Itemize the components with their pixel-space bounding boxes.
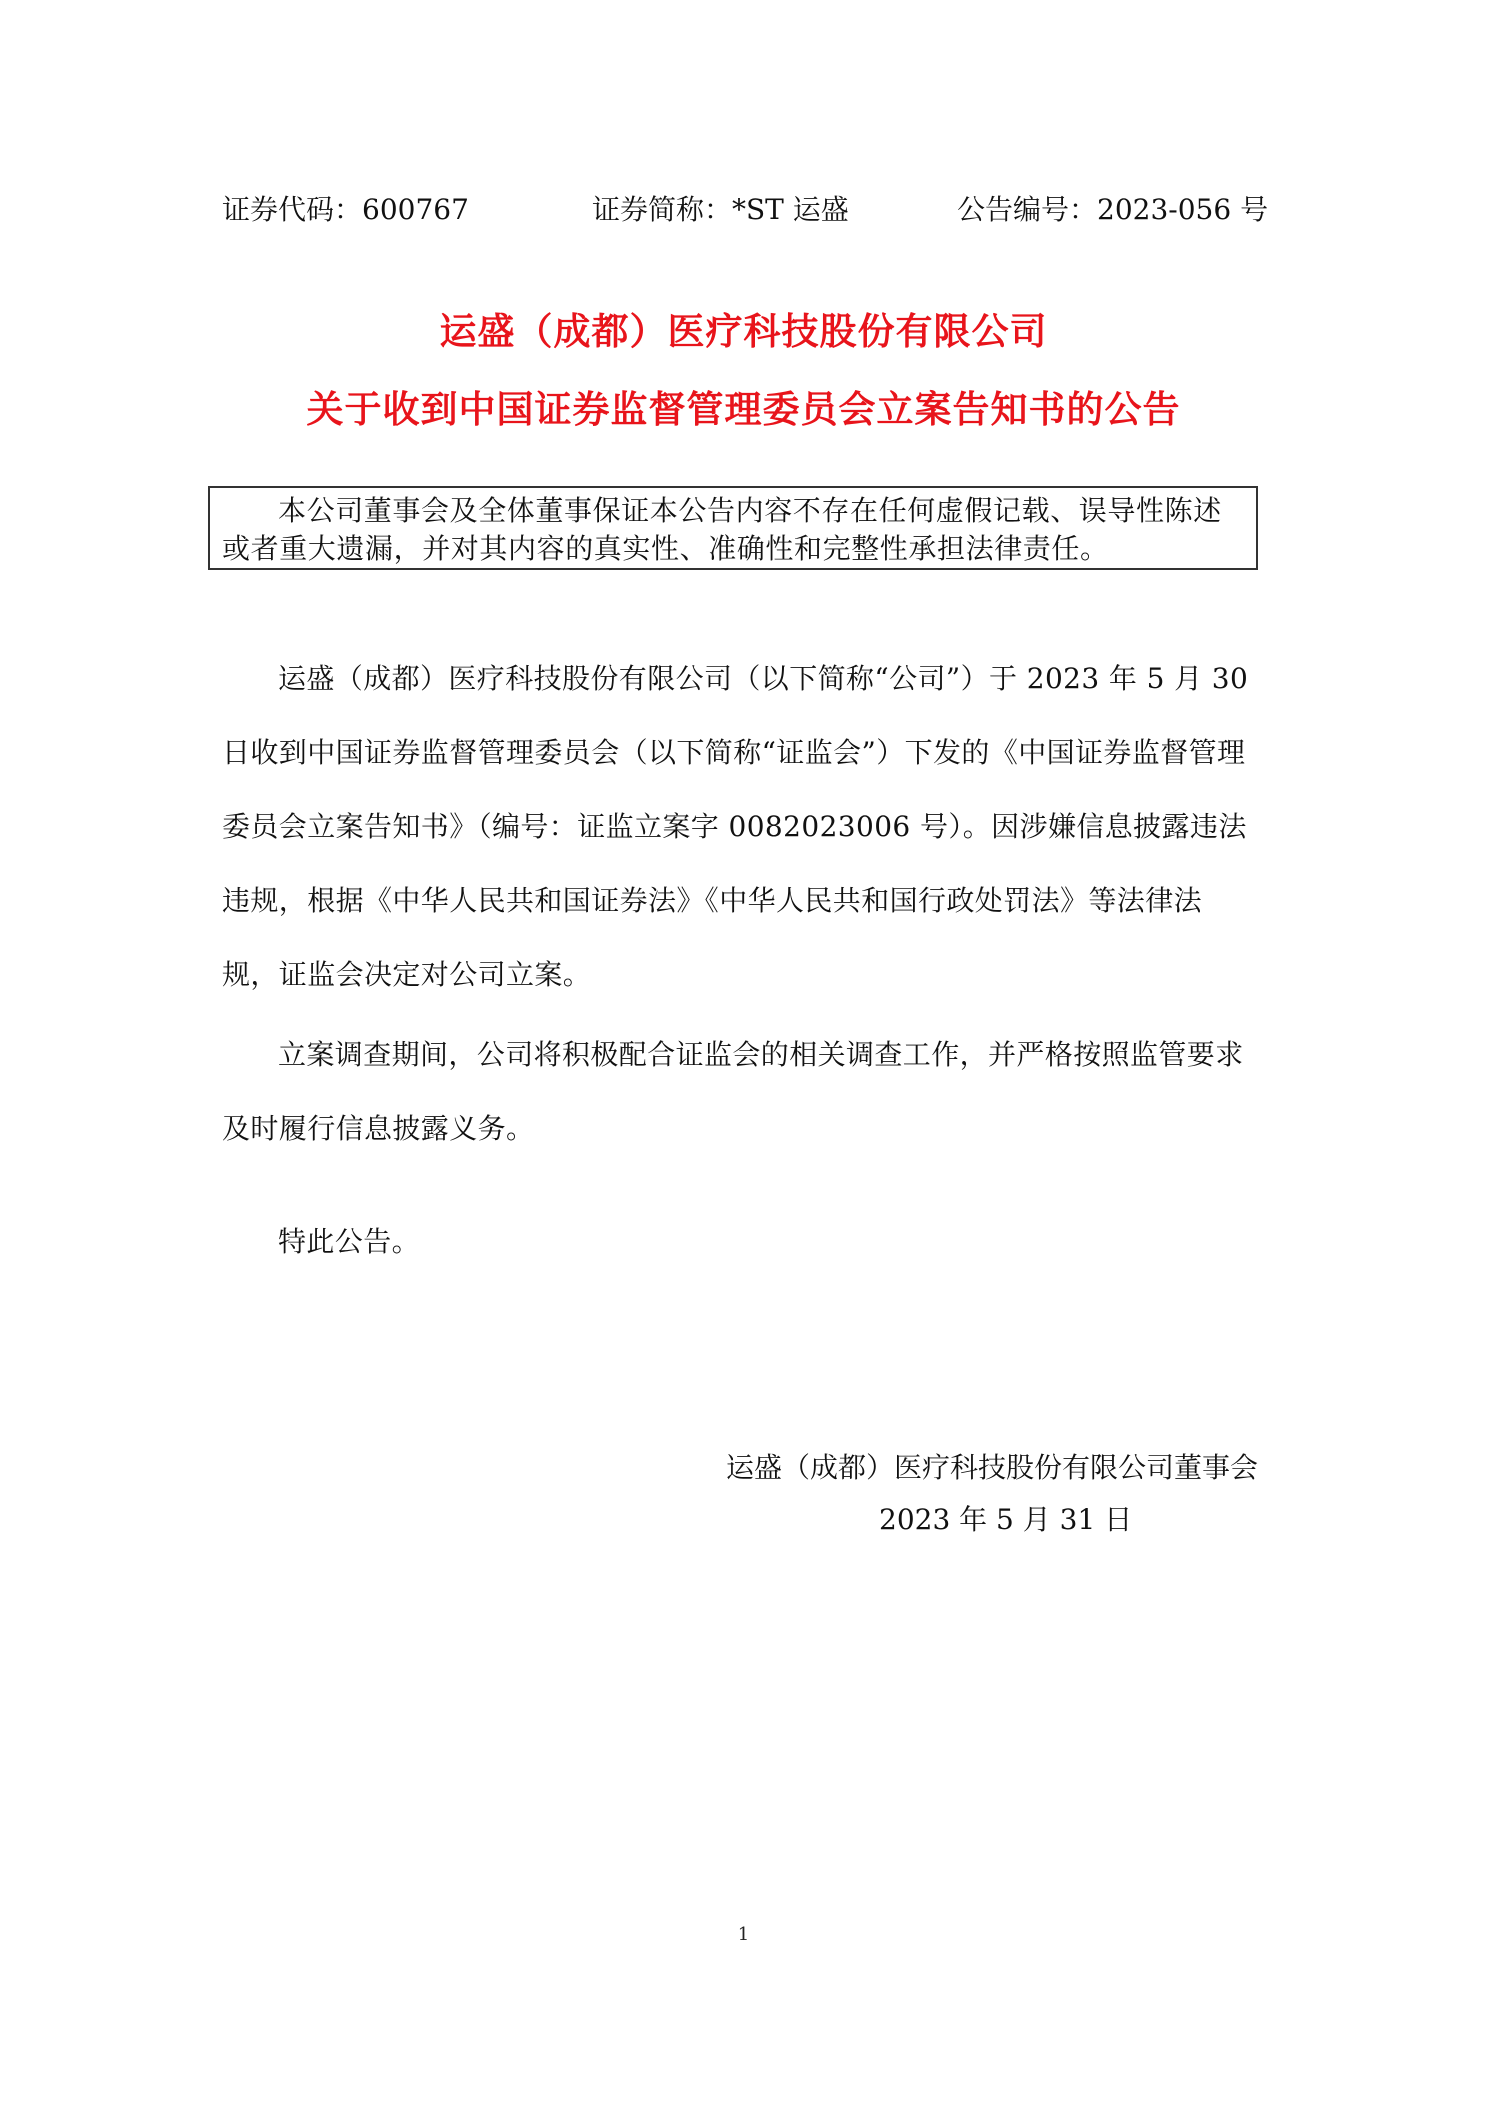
body-paragraph-closing: 特此公告。 [222, 1205, 1258, 1279]
paragraph-text: 运盛（成都）医疗科技股份有限公司（以下简称“公司”）于 2023 年 5 月 3… [222, 642, 1258, 1012]
paragraph-text: 立案调查期间，公司将积极配合证监会的相关调查工作，并严格按照监管要求及时履行信息… [222, 1018, 1258, 1166]
document-page: 证券代码：600767 证券简称：*ST 运盛 公告编号：2023-056 号 … [0, 0, 1487, 2105]
body-paragraph-2: 立案调查期间，公司将积极配合证监会的相关调查工作，并严格按照监管要求及时履行信息… [222, 1018, 1258, 1166]
company-title: 运盛（成都）医疗科技股份有限公司 [0, 307, 1487, 357]
disclaimer-text: 本公司董事会及全体董事保证本公告内容不存在任何虚假记载、误导性陈述或者重大遗漏，… [222, 492, 1244, 568]
signature-date: 2023 年 5 月 31 日 [650, 1500, 1258, 1540]
signature-issuer: 运盛（成都）医疗科技股份有限公司董事会 [650, 1448, 1258, 1488]
stock-code: 证券代码：600767 [222, 190, 469, 230]
page-number: 1 [0, 1920, 1487, 1950]
stock-short-name: 证券简称：*ST 运盛 [592, 190, 849, 230]
announcement-number: 公告编号：2023-056 号 [957, 190, 1268, 230]
body-paragraph-1: 运盛（成都）医疗科技股份有限公司（以下简称“公司”）于 2023 年 5 月 3… [222, 642, 1258, 1012]
announcement-title: 关于收到中国证券监督管理委员会立案告知书的公告 [0, 385, 1487, 435]
paragraph-text: 特此公告。 [222, 1205, 1258, 1279]
announcement-header: 证券代码：600767 证券简称：*ST 运盛 公告编号：2023-056 号 [222, 190, 1258, 230]
disclaimer-box: 本公司董事会及全体董事保证本公告内容不存在任何虚假记载、误导性陈述或者重大遗漏，… [208, 486, 1258, 570]
